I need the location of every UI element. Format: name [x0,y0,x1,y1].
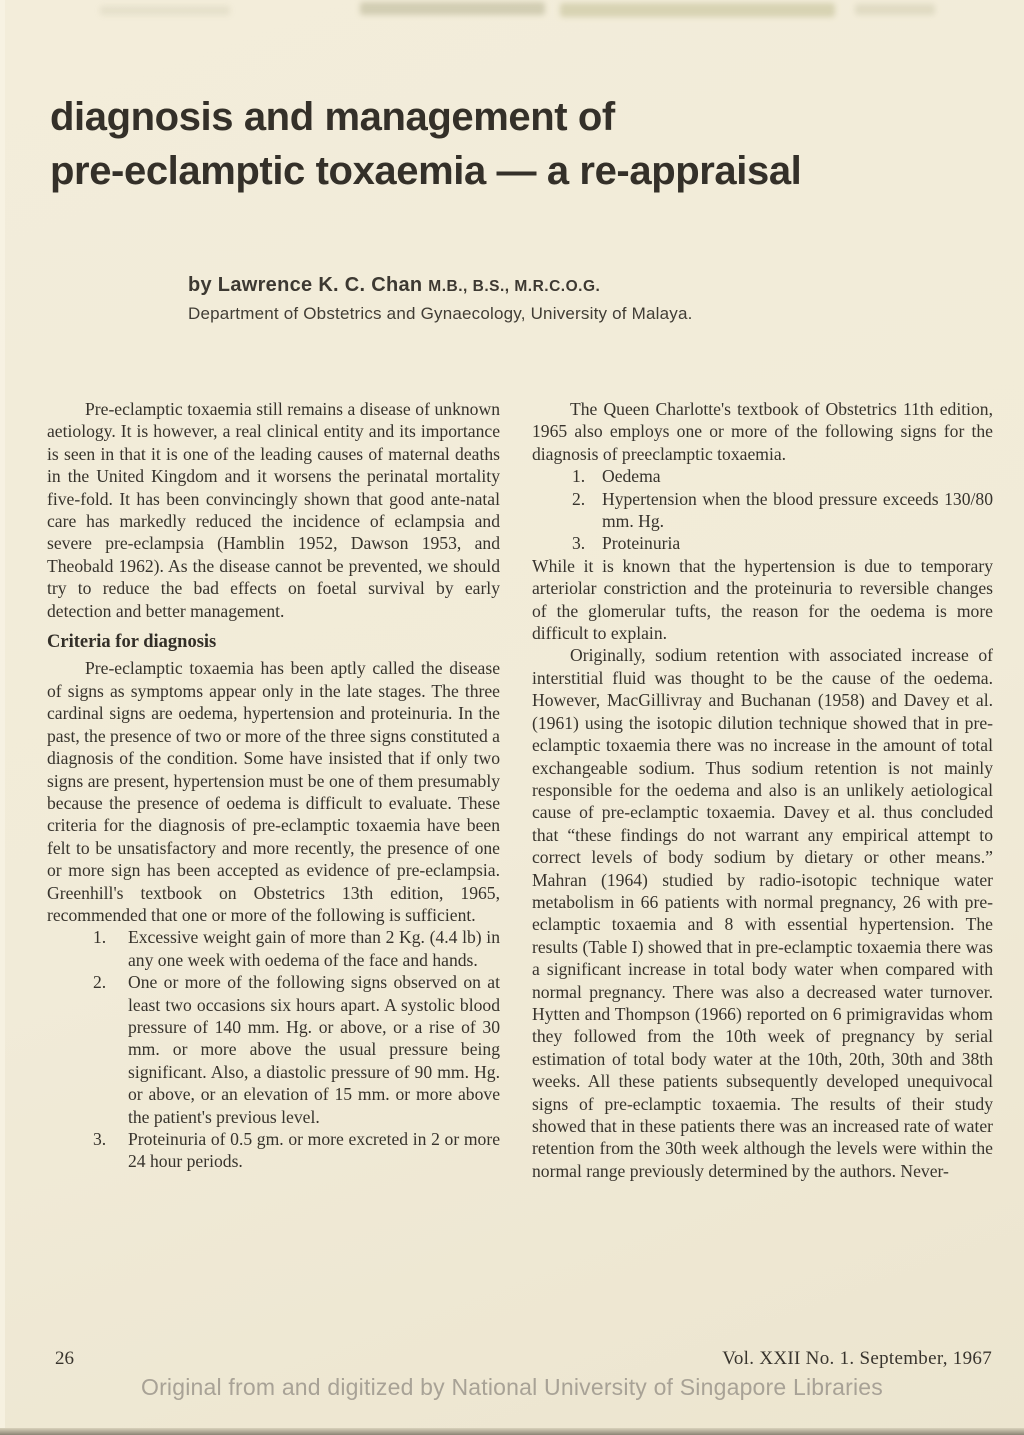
list-item-number: 3. [572,532,585,554]
section-heading-criteria: Criteria for diagnosis [47,631,500,653]
article-title: diagnosis and management of pre-eclampti… [50,90,801,198]
scan-bleedthrough-artifact [360,2,545,15]
list-item: 1. Oedema [532,465,993,487]
list-item-number: 1. [93,926,106,948]
scan-edge-bottom [0,1428,1024,1435]
paragraph-queen-charlottes: The Queen Charlotte's textbook of Obstet… [532,398,993,465]
column-left: Pre-eclamptic toxaemia still remains a d… [47,398,500,1182]
scan-edge-left [0,0,5,1435]
scan-bleedthrough-artifact [855,4,935,15]
issue-info: Vol. XXII No. 1. September, 1967 [722,1348,992,1370]
list-item: 1. Excessive weight gain of more than 2 … [47,926,500,971]
journal-page: diagnosis and management of pre-eclampti… [0,0,1024,1435]
list-item-text: Proteinuria [602,533,680,553]
list-item-number: 2. [572,488,585,510]
paragraph-intro: Pre-eclamptic toxaemia still remains a d… [47,398,500,622]
digitization-watermark: Original from and digitized by National … [0,1374,1024,1401]
list-item: 2. One or more of the following signs ob… [47,971,500,1128]
column-right: The Queen Charlotte's textbook of Obstet… [532,398,993,1182]
article-title-line2: pre-eclamptic toxaemia — a re-appraisal [50,144,801,198]
author-affiliation: Department of Obstetrics and Gynaecology… [188,304,693,324]
scan-bleedthrough-artifact [560,3,835,17]
list-item: 3. Proteinuria [532,532,993,554]
paragraph-sodium-retention: Originally, sodium retention with associ… [532,644,993,1182]
list-item: 3. Proteinuria of 0.5 gm. or more excret… [47,1128,500,1173]
author-name: by Lawrence K. C. Chan [188,274,422,296]
list-item-number: 2. [93,971,106,993]
list-item: 2. Hypertension when the blood pressure … [532,488,993,533]
list-item-text: Proteinuria of 0.5 gm. or more excreted … [128,1129,500,1171]
paragraph-hypertension: While it is known that the hypertension … [532,555,993,645]
article-title-line1: diagnosis and management of [50,90,801,144]
list-item-text: One or more of the following signs obser… [128,972,500,1126]
criteria-list-greenhill: 1. Excessive weight gain of more than 2 … [47,926,500,1172]
paragraph-criteria: Pre-eclamptic toxaemia has been aptly ca… [47,657,500,926]
list-item-text: Excessive weight gain of more than 2 Kg.… [128,927,500,969]
author-qualifications: M.B., B.S., M.R.C.O.G. [428,278,600,295]
byline: by Lawrence K. C. Chan M.B., B.S., M.R.C… [188,274,693,297]
list-item-number: 3. [93,1128,106,1150]
scan-bleedthrough-artifact [100,6,230,15]
page-number: 26 [55,1348,74,1370]
article-body: Pre-eclamptic toxaemia still remains a d… [47,398,993,1182]
list-item-text: Oedema [602,466,661,486]
criteria-list-queen-charlottes: 1. Oedema 2. Hypertension when the blood… [532,465,993,555]
byline-block: by Lawrence K. C. Chan M.B., B.S., M.R.C… [188,274,693,324]
list-item-text: Hypertension when the blood pressure exc… [602,489,993,531]
list-item-number: 1. [572,465,585,487]
